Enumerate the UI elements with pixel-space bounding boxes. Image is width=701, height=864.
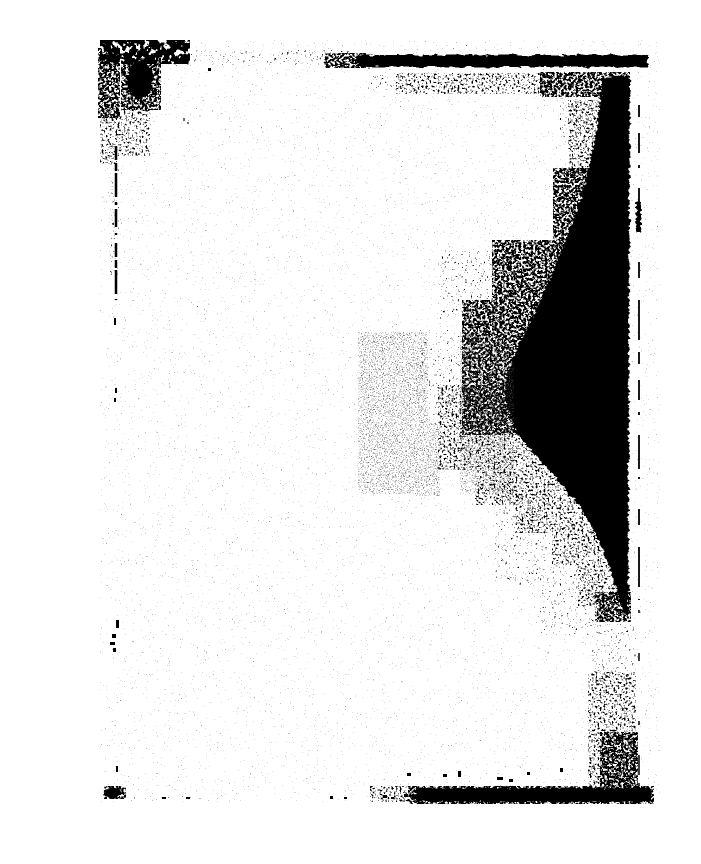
page-canvas (0, 0, 701, 864)
bottom-edge-bar (370, 786, 654, 804)
top-edge-bar (324, 53, 648, 68)
scanned-page-image (0, 0, 701, 864)
